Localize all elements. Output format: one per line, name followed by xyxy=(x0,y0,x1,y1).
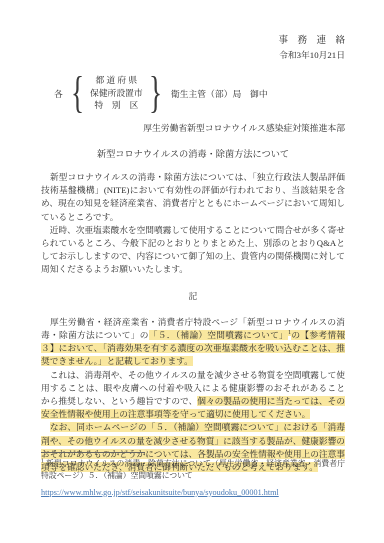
footnote-link[interactable]: https://www.mhlw.go.jp/stf/seisakunitsui… xyxy=(41,488,279,497)
addressee-group-city: 保健所設置市 xyxy=(90,87,143,100)
paragraph-intro: 新型コロナウイルスの消毒・除菌方法については、「独立行政法人製品評価技術基盤機構… xyxy=(41,171,345,224)
addressee-group-prefecture: 都 道 府 県 xyxy=(90,74,143,87)
footnote-block: 1 新型コロナウイルスの消毒・除菌方法について（厚生労働省・経済産業省・消費者庁… xyxy=(41,452,345,500)
sender-name: 厚生労働省新型コロナウイルス感染症対策推進本部 xyxy=(41,123,345,134)
paragraph-request: 近時、次亜塩素酸水を空間噴霧して使用することについて問合せが多く寄せられていると… xyxy=(41,224,345,277)
footnote-body: 新型コロナウイルスの消毒・除菌方法について（厚生労働省・経済産業省・消費者庁特設… xyxy=(41,459,345,480)
text-segment: 新型コロナウイルスの消毒・除菌方法については、「独立行政法人製品評価技術基盤機構… xyxy=(41,172,345,222)
doc-date: 令和3年10月21日 xyxy=(41,50,345,61)
addressee-prefix: 各 xyxy=(54,87,63,100)
document-page: 事 務 連 絡 令和3年10月21日 各 { 都 道 府 県 保健所設置市 特 … xyxy=(0,0,384,543)
document-title: 新型コロナウイルスの消毒・除菌方法について xyxy=(41,148,345,160)
document-body: 新型コロナウイルスの消毒・除菌方法については、「独立行政法人製品評価技術基盤機構… xyxy=(41,171,345,474)
right-brace-icon: } xyxy=(149,73,162,113)
document-content: 事 務 連 絡 令和3年10月21日 各 { 都 道 府 県 保健所設置市 特 … xyxy=(0,0,384,474)
text-segment xyxy=(41,422,50,432)
paragraph-reference: 厚生労働省・経済産業省・消費者庁特設ページ「新型コロナウイルスの消毒・除菌方法に… xyxy=(41,316,345,369)
doc-type-label: 事 務 連 絡 xyxy=(41,36,345,47)
footnote-text: 1 新型コロナウイルスの消毒・除菌方法について（厚生労働省・経済産業省・消費者庁… xyxy=(41,458,345,482)
text-segment: 記 xyxy=(189,291,198,301)
addressee-block: 各 { 都 道 府 県 保健所設置市 特 別 区 } 衛生主管（部）局 御中 xyxy=(54,73,345,113)
left-brace-icon: { xyxy=(71,73,84,113)
addressee-group-ward: 特 別 区 xyxy=(90,99,143,112)
highlighted-text: 「５．（補論）空間噴霧について」 xyxy=(149,330,288,340)
paragraph-explanation: これは、消毒剤や、その他ウイルスの量を減少させる物質を空間噴霧して使用することは… xyxy=(41,369,345,422)
addressee-groups: 都 道 府 県 保健所設置市 特 別 区 xyxy=(90,74,143,112)
text-segment: 近時、次亜塩素酸水を空間噴霧して使用することについて問合せが多く寄せられていると… xyxy=(41,225,345,275)
addressee-suffix: 衛生主管（部）局 御中 xyxy=(171,87,268,100)
ki-marker: 記 xyxy=(41,290,345,303)
footnote-divider xyxy=(41,452,145,453)
